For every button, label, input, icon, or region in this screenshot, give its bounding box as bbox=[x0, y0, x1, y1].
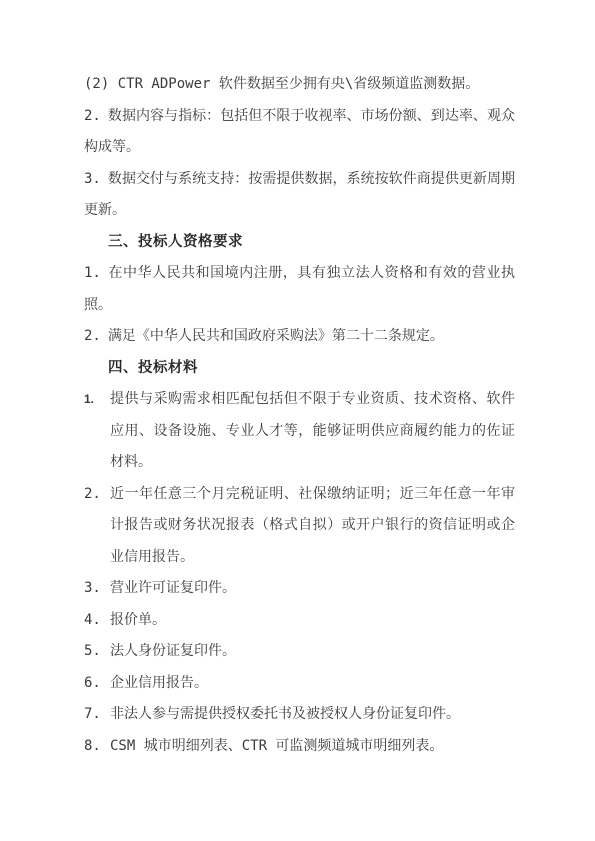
list-item: 1.提供与采购需求相匹配包括但不限于专业资质、技术资格、软件应用、设备设施、专业… bbox=[84, 384, 515, 479]
list-item: 7.非法人参与需提供授权委托书及被授权人身份证复印件。 bbox=[84, 699, 515, 731]
list-item-number: 6. bbox=[84, 668, 110, 700]
list-item-number: 3. bbox=[84, 573, 110, 605]
list-item: 4.报价单。 bbox=[84, 605, 515, 637]
list-item: 5.法人身份证复印件。 bbox=[84, 636, 515, 668]
list-item-number: 8. bbox=[84, 731, 110, 763]
list-item-number: 4. bbox=[84, 605, 110, 637]
paragraph: 3.数据交付与系统支持：按需提供数据，系统按软件商提供更新周期更新。 bbox=[84, 164, 515, 227]
list-item-text: 近一年任意三个月完税证明、社保缴纳证明；近三年任意一年审计报告或财务状况报表（格… bbox=[110, 479, 515, 574]
list-item-number: 1. bbox=[84, 384, 110, 416]
list-item-number: 7. bbox=[84, 699, 110, 731]
list-item-text: CSM 城市明细列表、CTR 可监测频道城市明细列表。 bbox=[110, 731, 515, 763]
list-item: 2.近一年任意三个月完税证明、社保缴纳证明；近三年任意一年审计报告或财务状况报表… bbox=[84, 479, 515, 574]
paragraph-text: 在中华人民共和国境内注册，具有独立法人资格和有效的营业执照。 bbox=[84, 265, 515, 313]
paragraph: 2.满足《中华人民共和国政府采购法》第二十二条规定。 bbox=[84, 321, 515, 353]
document-page: (2) CTR ADPower 软件数据至少拥有央\省级频道监测数据。2.数据内… bbox=[0, 0, 595, 841]
paragraph: 1.在中华人民共和国境内注册，具有独立法人资格和有效的营业执照。 bbox=[84, 258, 515, 321]
list-item-text: 报价单。 bbox=[110, 605, 515, 637]
list-item-number: 5. bbox=[84, 636, 110, 668]
document-body: (2) CTR ADPower 软件数据至少拥有央\省级频道监测数据。2.数据内… bbox=[84, 69, 515, 762]
section-heading: 四、投标材料 bbox=[84, 353, 515, 385]
list-item: 8.CSM 城市明细列表、CTR 可监测频道城市明细列表。 bbox=[84, 731, 515, 763]
list-item-text: 营业许可证复印件。 bbox=[110, 573, 515, 605]
list-item: 6.企业信用报告。 bbox=[84, 668, 515, 700]
paragraph: (2) CTR ADPower 软件数据至少拥有央\省级频道监测数据。 bbox=[84, 69, 515, 101]
paragraph-number: 2. bbox=[84, 328, 101, 344]
section-heading: 三、投标人资格要求 bbox=[84, 227, 515, 259]
paragraph-number: 2. bbox=[84, 108, 101, 124]
paragraph-text: 数据交付与系统支持：按需提供数据，系统按软件商提供更新周期更新。 bbox=[84, 171, 515, 219]
paragraph-text: (2) CTR ADPower 软件数据至少拥有央\省级频道监测数据。 bbox=[84, 76, 479, 92]
list-item: 3.营业许可证复印件。 bbox=[84, 573, 515, 605]
list-item-number: 2. bbox=[84, 479, 110, 511]
list-item-text: 非法人参与需提供授权委托书及被授权人身份证复印件。 bbox=[110, 699, 515, 731]
list-item-text: 法人身份证复印件。 bbox=[110, 636, 515, 668]
paragraph-number: 3. bbox=[84, 171, 101, 187]
list-item-text: 提供与采购需求相匹配包括但不限于专业资质、技术资格、软件应用、设备设施、专业人才… bbox=[110, 384, 515, 479]
paragraph-text: 数据内容与指标：包括但不限于收视率、市场份额、到达率、观众构成等。 bbox=[84, 108, 515, 156]
paragraph: 2.数据内容与指标：包括但不限于收视率、市场份额、到达率、观众构成等。 bbox=[84, 101, 515, 164]
list-item-text: 企业信用报告。 bbox=[110, 668, 515, 700]
paragraph-text: 满足《中华人民共和国政府采购法》第二十二条规定。 bbox=[108, 328, 444, 344]
paragraph-number: 1. bbox=[84, 265, 101, 281]
